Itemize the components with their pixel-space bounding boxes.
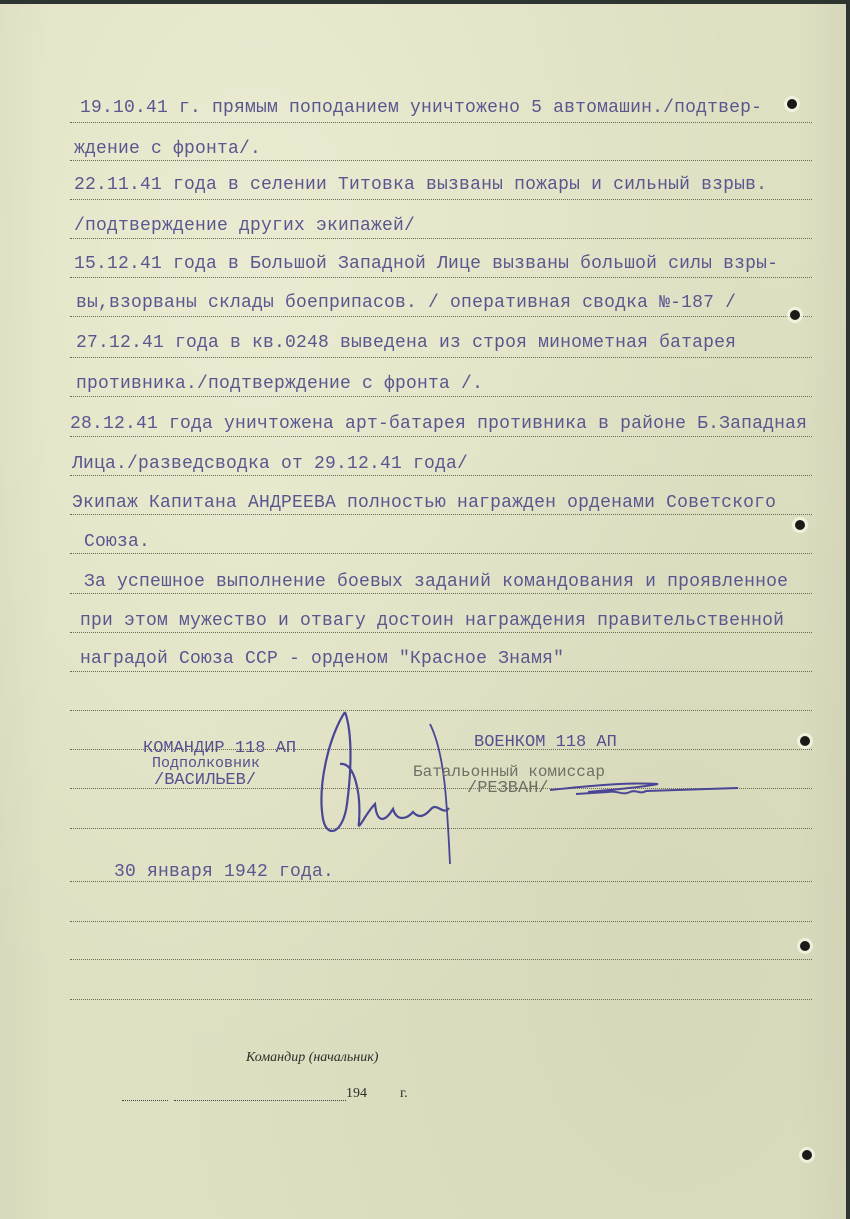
ruled-line [70,671,812,672]
ruled-line [70,160,812,161]
ruled-line [70,122,812,123]
body-line: при этом мужество и отвагу достоин награ… [80,611,784,631]
ruled-line [70,199,812,200]
body-line: Союза. [84,532,150,552]
ruled-line [70,316,812,317]
body-line: 28.12.41 года уничтожена арт-батарея про… [70,414,807,434]
punch-hole-icon [790,310,800,320]
punch-hole-icon [802,1150,812,1160]
ruled-line [70,357,812,358]
ruled-line [70,514,812,515]
punch-hole-icon [800,736,810,746]
commander-rank: Подполковник [152,756,260,771]
footer-year: 194 [346,1086,367,1102]
ruled-line [70,999,812,1000]
body-line: 22.11.41 года в селении Титовка вызваны … [74,175,767,195]
ruled-line [70,436,812,437]
body-line: 27.12.41 года в кв.0248 выведена из стро… [76,333,736,353]
body-line: ждение с фронта/. [74,139,261,159]
ruled-line [70,921,812,922]
footer-label: Командир (начальник) [246,1050,378,1066]
footer-day-blank [122,1100,168,1101]
punch-hole-icon [787,99,797,109]
ruled-line [70,475,812,476]
body-line: Экипаж Капитана АНДРЕЕВА полностью награ… [72,493,776,513]
ruled-line [70,553,812,554]
body-line: 19.10.41 г. прямым поподанием уничтожено… [80,98,762,118]
ruled-line [70,396,812,397]
ruled-line [70,277,812,278]
ruled-line [70,593,812,594]
commissar-title: ВОЕНКОМ 118 АП [474,734,617,751]
ruled-line [70,632,812,633]
body-line: противника./подтверждение с фронта /. [76,374,483,394]
punch-hole-icon [800,941,810,951]
body-line: 15.12.41 года в Большой Западной Лице вы… [74,254,778,274]
ruled-line [70,959,812,960]
commander-name: /ВАСИЛЬЕВ/ [154,772,256,789]
body-line: /подтверждение других экипажей/ [74,216,415,236]
body-line: Лица./разведсводка от 29.12.41 года/ [72,454,468,474]
body-line: За успешное выполнение боевых заданий ко… [84,572,788,592]
punch-hole-icon [795,520,805,530]
commissar-name: /РЕЗВАН/ [467,780,549,797]
body-line: наградой Союза ССР - орденом "Красное Зн… [80,649,564,669]
body-line: вы,взорваны склады боеприпасов. / операт… [76,293,736,313]
ruled-line [70,238,812,239]
document-date: 30 января 1942 года. [114,862,334,882]
commander-signature-icon [315,704,465,869]
document-page: 19.10.41 г. прямым поподанием уничтожено… [0,4,846,1219]
commissar-signature-icon [548,776,748,804]
footer-month-blank [174,1100,346,1101]
footer-year-suffix: г. [400,1086,408,1102]
